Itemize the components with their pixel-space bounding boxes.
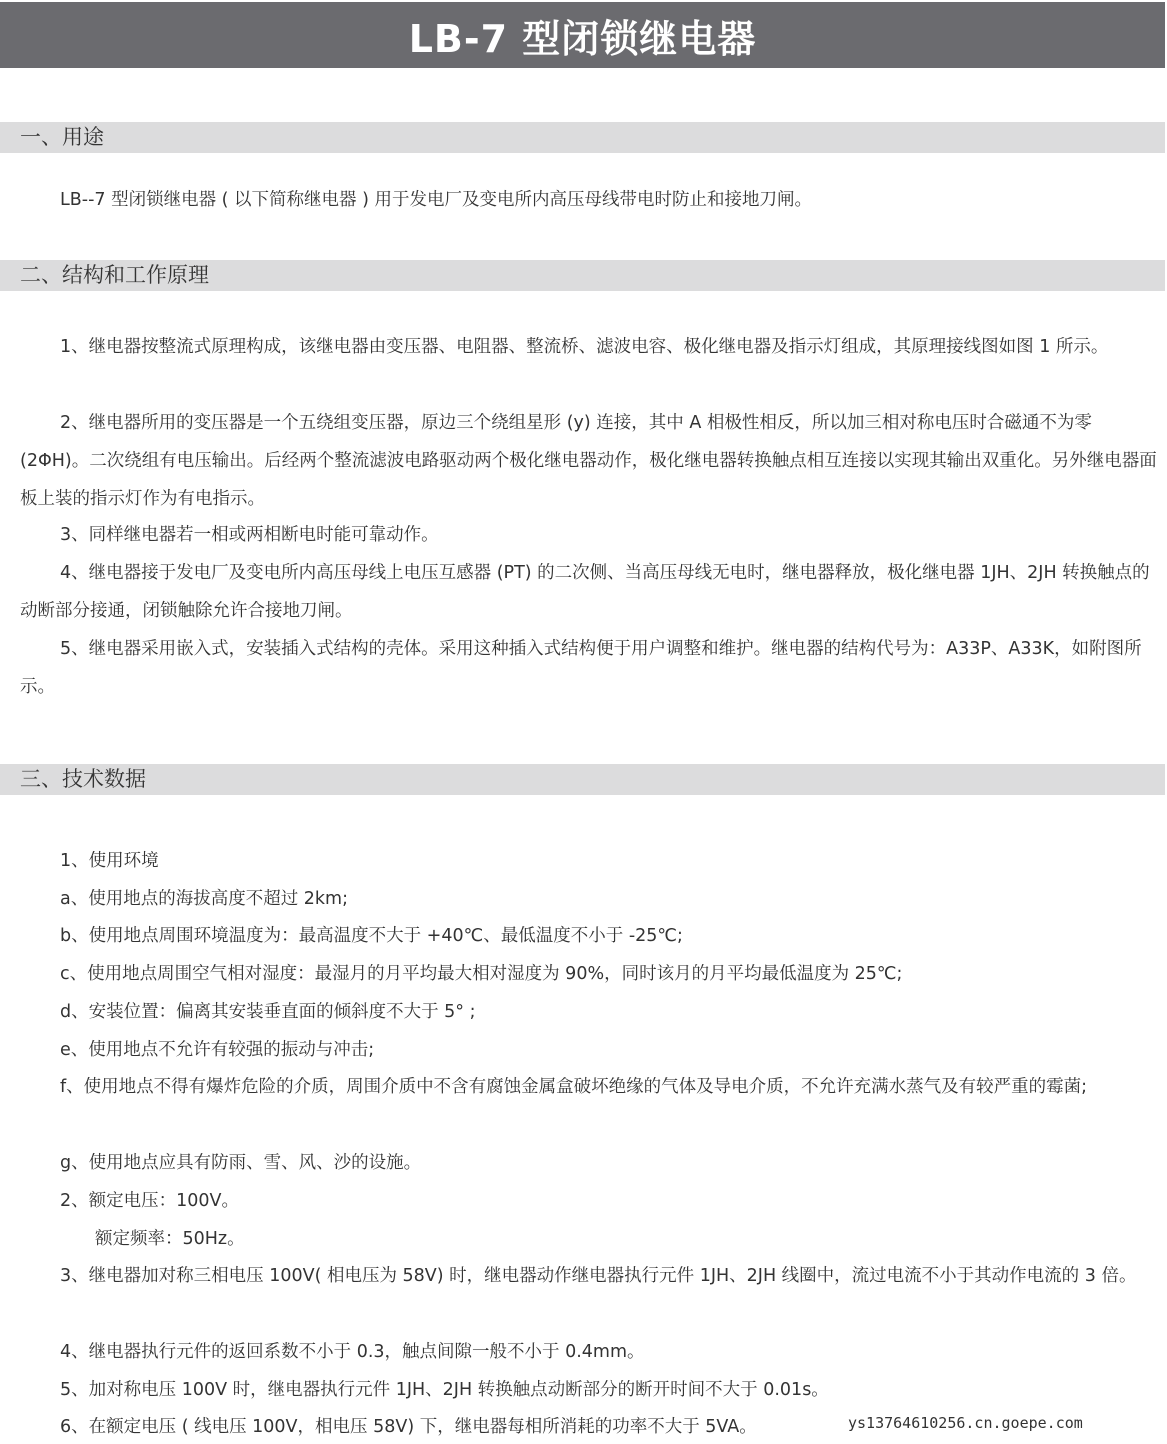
- tech-item-1g: g、使用地点应具有防雨、雪、风、沙的设施。: [20, 1144, 1166, 1182]
- structure-paragraph-4: 4、继电器接于发电厂及变电所内高压母线上电压互感器 (PT) 的二次侧、当高压母…: [20, 554, 1166, 630]
- structure-paragraph-2: 2、继电器所用的变压器是一个五绕组变压器，原边三个绕组星形 (y) 连接，其中 …: [20, 404, 1166, 518]
- tech-item-1e: e、使用地点不允许有较强的振动与冲击;: [20, 1031, 1166, 1069]
- section-heading: 二、结构和工作原理: [20, 261, 209, 290]
- tech-item-1d: d、安装位置：偏离其安装垂直面的倾斜度不大于 5° ;: [20, 993, 1166, 1031]
- tech-item-3: 3、继电器加对称三相电压 100V( 相电压为 58V) 时，继电器动作继电器执…: [20, 1257, 1166, 1295]
- section-header-usage: 一、用途: [0, 122, 1165, 153]
- tech-item-5: 5、加对称电压 100V 时，继电器执行元件 1JH、2JH 转换触点动断部分的…: [20, 1371, 1166, 1409]
- section-header-structure: 二、结构和工作原理: [0, 260, 1165, 291]
- watermark-url: ys13764610256.cn.goepe.com: [848, 1414, 1083, 1432]
- tech-item-1b: b、使用地点周围环境温度为：最高温度不大于 +40℃、最低温度不小于 -25℃;: [20, 917, 1166, 955]
- title-bar: LB-7 型闭锁继电器: [0, 2, 1165, 68]
- section-header-technical-data: 三、技术数据: [0, 764, 1165, 795]
- tech-item-1a: a、使用地点的海拔高度不超过 2km;: [20, 880, 1166, 918]
- section-heading: 三、技术数据: [20, 765, 146, 794]
- section-heading: 一、用途: [20, 123, 104, 152]
- page-title: LB-7 型闭锁继电器: [409, 8, 757, 63]
- tech-item-2-frequency: 额定频率：50Hz。: [20, 1220, 1166, 1258]
- tech-item-1: 1、使用环境: [20, 842, 1166, 880]
- structure-paragraph-3: 3、同样继电器若一相或两相断电时能可靠动作。: [20, 516, 1166, 554]
- structure-paragraph-5: 5、继电器采用嵌入式，安装插入式结构的壳体。采用这种插入式结构便于用户调整和维护…: [20, 630, 1166, 706]
- tech-item-1c: c、使用地点周围空气相对湿度：最湿月的月平均最大相对湿度为 90%，同时该月的月…: [20, 955, 1166, 993]
- tech-item-4: 4、继电器执行元件的返回系数不小于 0.3，触点间隙一般不小于 0.4mm。: [20, 1333, 1166, 1371]
- structure-paragraph-1: 1、继电器按整流式原理构成，该继电器由变压器、电阻器、整流桥、滤波电容、极化继电…: [20, 328, 1166, 366]
- tech-item-1f: f、使用地点不得有爆炸危险的介质，周围介质中不含有腐蚀金属盒破坏绝缘的气体及导电…: [20, 1068, 1166, 1106]
- usage-paragraph: LB--7 型闭锁继电器 ( 以下简称继电器 ) 用于发电厂及变电所内高压母线带…: [20, 181, 1166, 219]
- tech-item-2: 2、额定电压：100V。: [20, 1182, 1166, 1220]
